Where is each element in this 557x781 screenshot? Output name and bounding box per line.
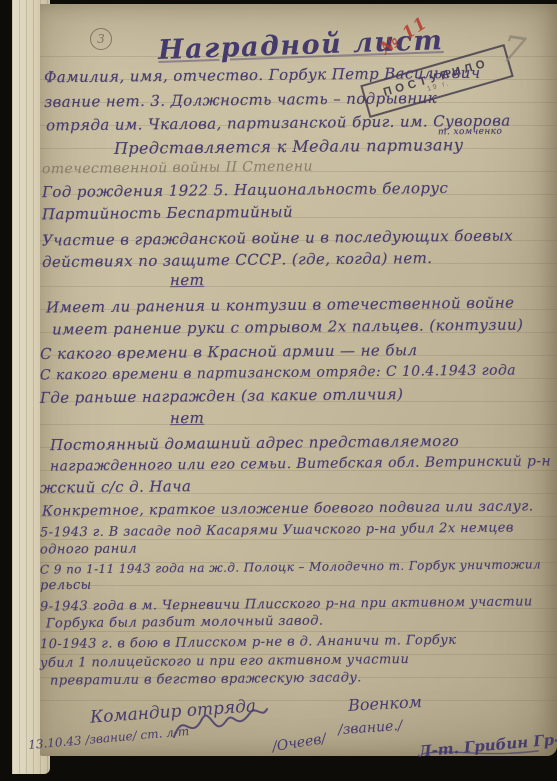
commander-name: /Очеев/ xyxy=(271,731,327,755)
page-number: 7 xyxy=(499,28,528,72)
deed-line-2: одного ранил xyxy=(40,541,137,557)
answer-none-1: нет xyxy=(170,271,204,289)
field-medal-class: отечественной войны II Степени xyxy=(42,159,313,178)
field-birth-nationality: Год рождения 1922 5. Национальность бело… xyxy=(42,179,448,201)
field-address-3: жский с/с д. Нача xyxy=(40,477,191,497)
commissar-label: Военком xyxy=(348,692,423,715)
deed-line-5: 9-1943 года в м. Черневичи Плисского р-н… xyxy=(40,594,533,614)
deed-line-4: рельсы xyxy=(40,578,92,594)
field-address-2: награжденного или его семьи. Витебская о… xyxy=(50,453,551,474)
sheet-number: 3 xyxy=(90,28,112,50)
deed-line-9: превратили в бегство вражескую засаду. xyxy=(50,670,362,688)
field-partisan-since: С какого времени в партизанском отряде: … xyxy=(40,363,516,384)
commissar-rank-line: /звание./ xyxy=(338,718,404,738)
deed-line-3: С 9 по 1-11 1943 года на ж.д. Полоцк – М… xyxy=(40,557,541,576)
field-wounds-2: имеет ранение руки с отрывом 2х пальцев.… xyxy=(52,316,524,339)
field-deed-heading: Конкретное, краткое изложение боевого по… xyxy=(42,498,534,519)
field-recommended-medal: Представляется к Медали партизану xyxy=(114,135,464,158)
deed-line-7: 10-1943 г. в бою в Плисском р-не в д. Ан… xyxy=(40,633,456,652)
answer-none-2: нет xyxy=(170,409,204,427)
field-civil-war-1: Участие в гражданской войне и в последую… xyxy=(42,227,513,250)
commissar-signature-flourish xyxy=(420,746,540,760)
commander-signature-scrawl xyxy=(170,699,270,749)
deed-line-1: 5-1943 г. В засаде под Касарями Ушачског… xyxy=(40,521,514,541)
field-wounds-1: Имеет ли ранения и контузии в отечествен… xyxy=(46,294,515,317)
field-civil-war-2: действиях по защите СССР. (где, когда) н… xyxy=(42,249,433,271)
award-sheet-page: 3 Наградной лист № 11 ПОСТУПИЛО 19 г. 7 … xyxy=(40,4,557,756)
field-prior-awards: Где раньше награжден (за какие отличия) xyxy=(40,385,403,407)
field-party: Партийность Беспартийный xyxy=(42,203,293,224)
photo-background: 3 Наградной лист № 11 ПОСТУПИЛО 19 г. 7 … xyxy=(0,0,557,781)
field-address-1: Постоянный домашний адрес представляемог… xyxy=(50,432,459,454)
commander-rank-line: 13.10.43 /звание/ ст. л-т xyxy=(28,724,190,752)
deed-line-6: Горбука был разбит молочный завод. xyxy=(46,614,324,632)
field-red-army: С какого времени в Красной армии — не бы… xyxy=(40,341,418,363)
deed-line-8: убил 1 полицейского и при его активном у… xyxy=(40,652,409,671)
